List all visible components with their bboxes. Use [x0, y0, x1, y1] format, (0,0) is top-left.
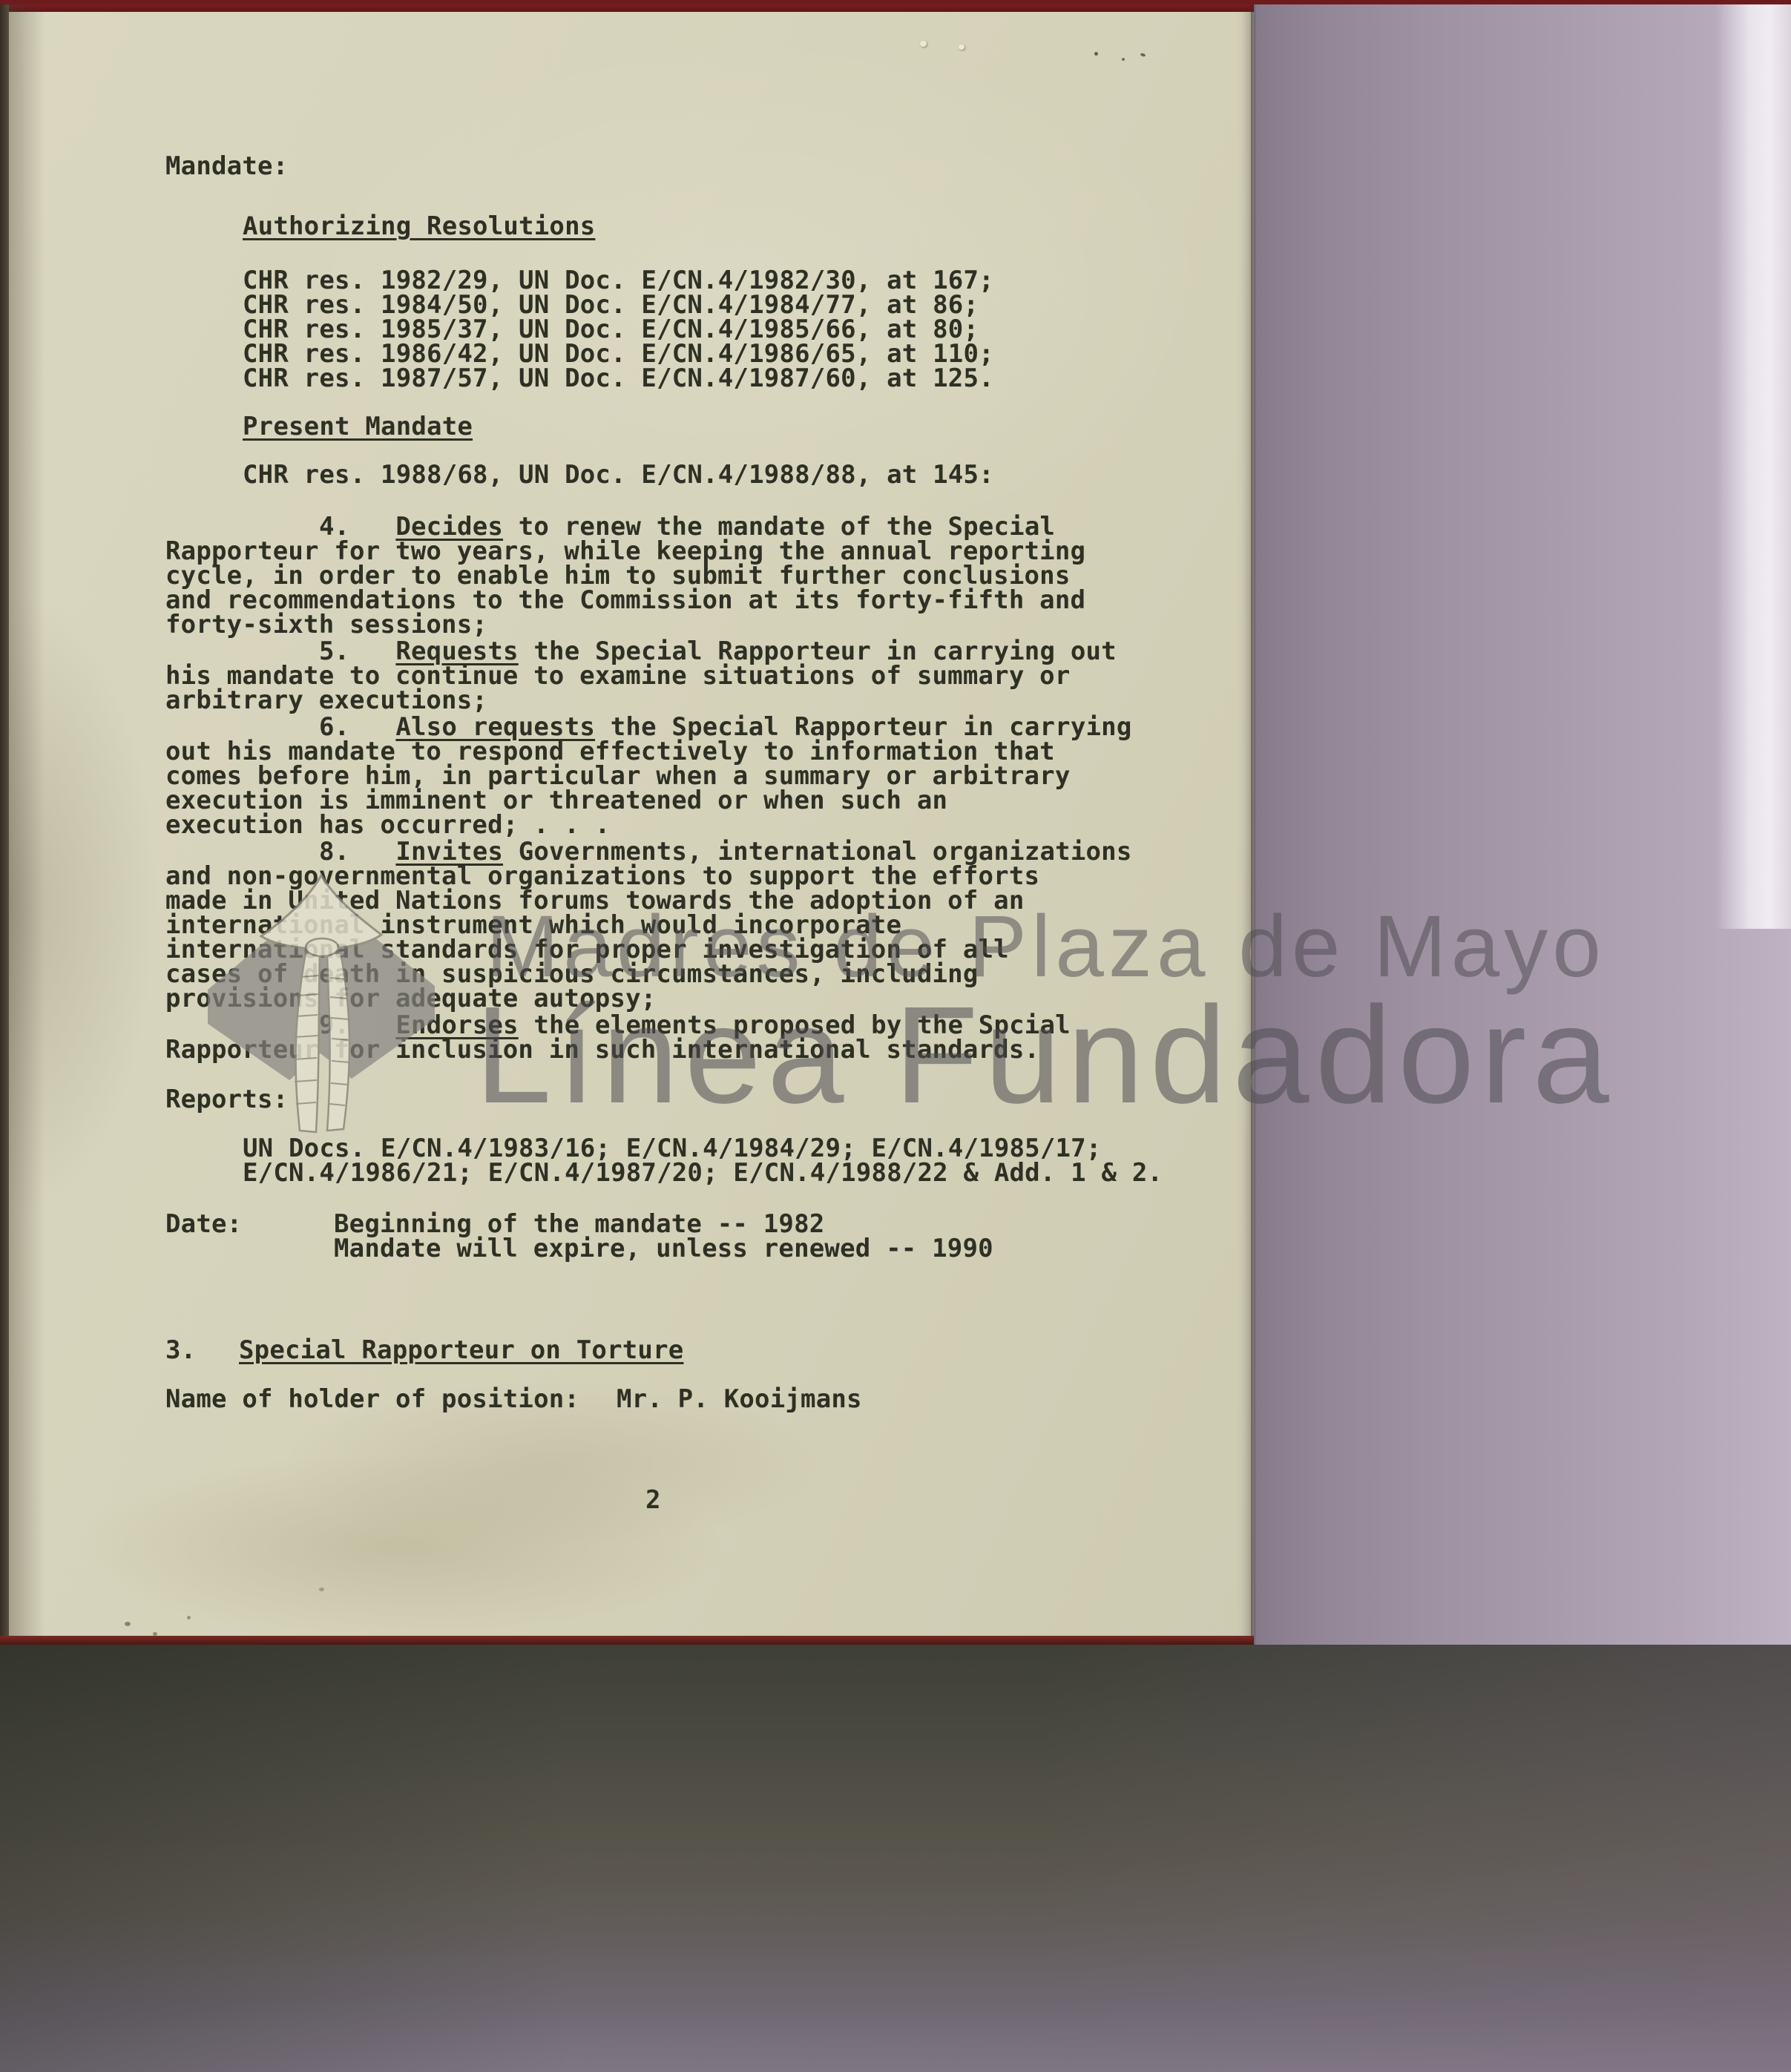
scan-top-line — [0, 0, 1791, 4]
panuelo-scarf-icon — [194, 832, 450, 1162]
scan-left-border — [0, 0, 9, 1645]
authorizing-resolutions-heading: Authorizing Resolutions — [165, 214, 1219, 239]
date-label: Date: — [165, 1212, 334, 1237]
paragraph-5-line: arbitrary executions; — [165, 688, 1219, 713]
watermark-line2: Línea Fundadora — [475, 976, 1615, 1134]
heading-text: Present Mandate — [243, 412, 473, 441]
dirt-speck — [153, 1632, 157, 1636]
section-number: 3. — [165, 1338, 239, 1363]
scan-light-strip — [1715, 0, 1791, 929]
staple-hole — [959, 45, 964, 50]
name-row: Name of holder of position:Mr. P. Kooijm… — [165, 1387, 1219, 1412]
resolution-line: CHR res. 1987/57, UN Doc. E/CN.4/1987/60… — [165, 366, 1219, 391]
heading-text: Authorizing Resolutions — [243, 211, 595, 241]
scan-background-band — [1254, 0, 1791, 1673]
dirt-speck — [319, 1588, 324, 1591]
scanned-document-page: Mandate: Authorizing Resolutions CHR res… — [0, 0, 1791, 2072]
scanner-bed-shading — [0, 1645, 1791, 2072]
section-3-heading: 3.Special Rapporteur on Torture — [165, 1338, 1219, 1363]
name-value: Mr. P. Kooijmans — [617, 1384, 862, 1414]
present-mandate-heading: Present Mandate — [165, 415, 1219, 439]
section-title: Special Rapporteur on Torture — [239, 1335, 683, 1365]
date-row: Mandate will expire, unless renewed -- 1… — [165, 1237, 1219, 1261]
staple-hole — [920, 41, 927, 47]
scan-left-shadow — [9, 0, 45, 1645]
page-number: 2 — [165, 1488, 1219, 1513]
name-label: Name of holder of position: — [165, 1387, 617, 1412]
page-bottom-edge — [0, 1636, 1254, 1645]
report-docs-line: E/CN.4/1986/21; E/CN.4/1987/20; E/CN.4/1… — [165, 1161, 1219, 1185]
ink-speck — [1122, 58, 1125, 61]
dirt-speck — [187, 1616, 191, 1619]
page-edge-shadow — [1251, 0, 1257, 1673]
dirt-speck — [125, 1622, 131, 1626]
ink-speck — [1094, 52, 1098, 56]
present-resolution-line: CHR res. 1988/68, UN Doc. E/CN.4/1988/88… — [165, 463, 1219, 487]
mandate-label: Mandate: — [165, 154, 1219, 179]
paragraph-4-line: forty-sixth sessions; — [165, 613, 1219, 637]
